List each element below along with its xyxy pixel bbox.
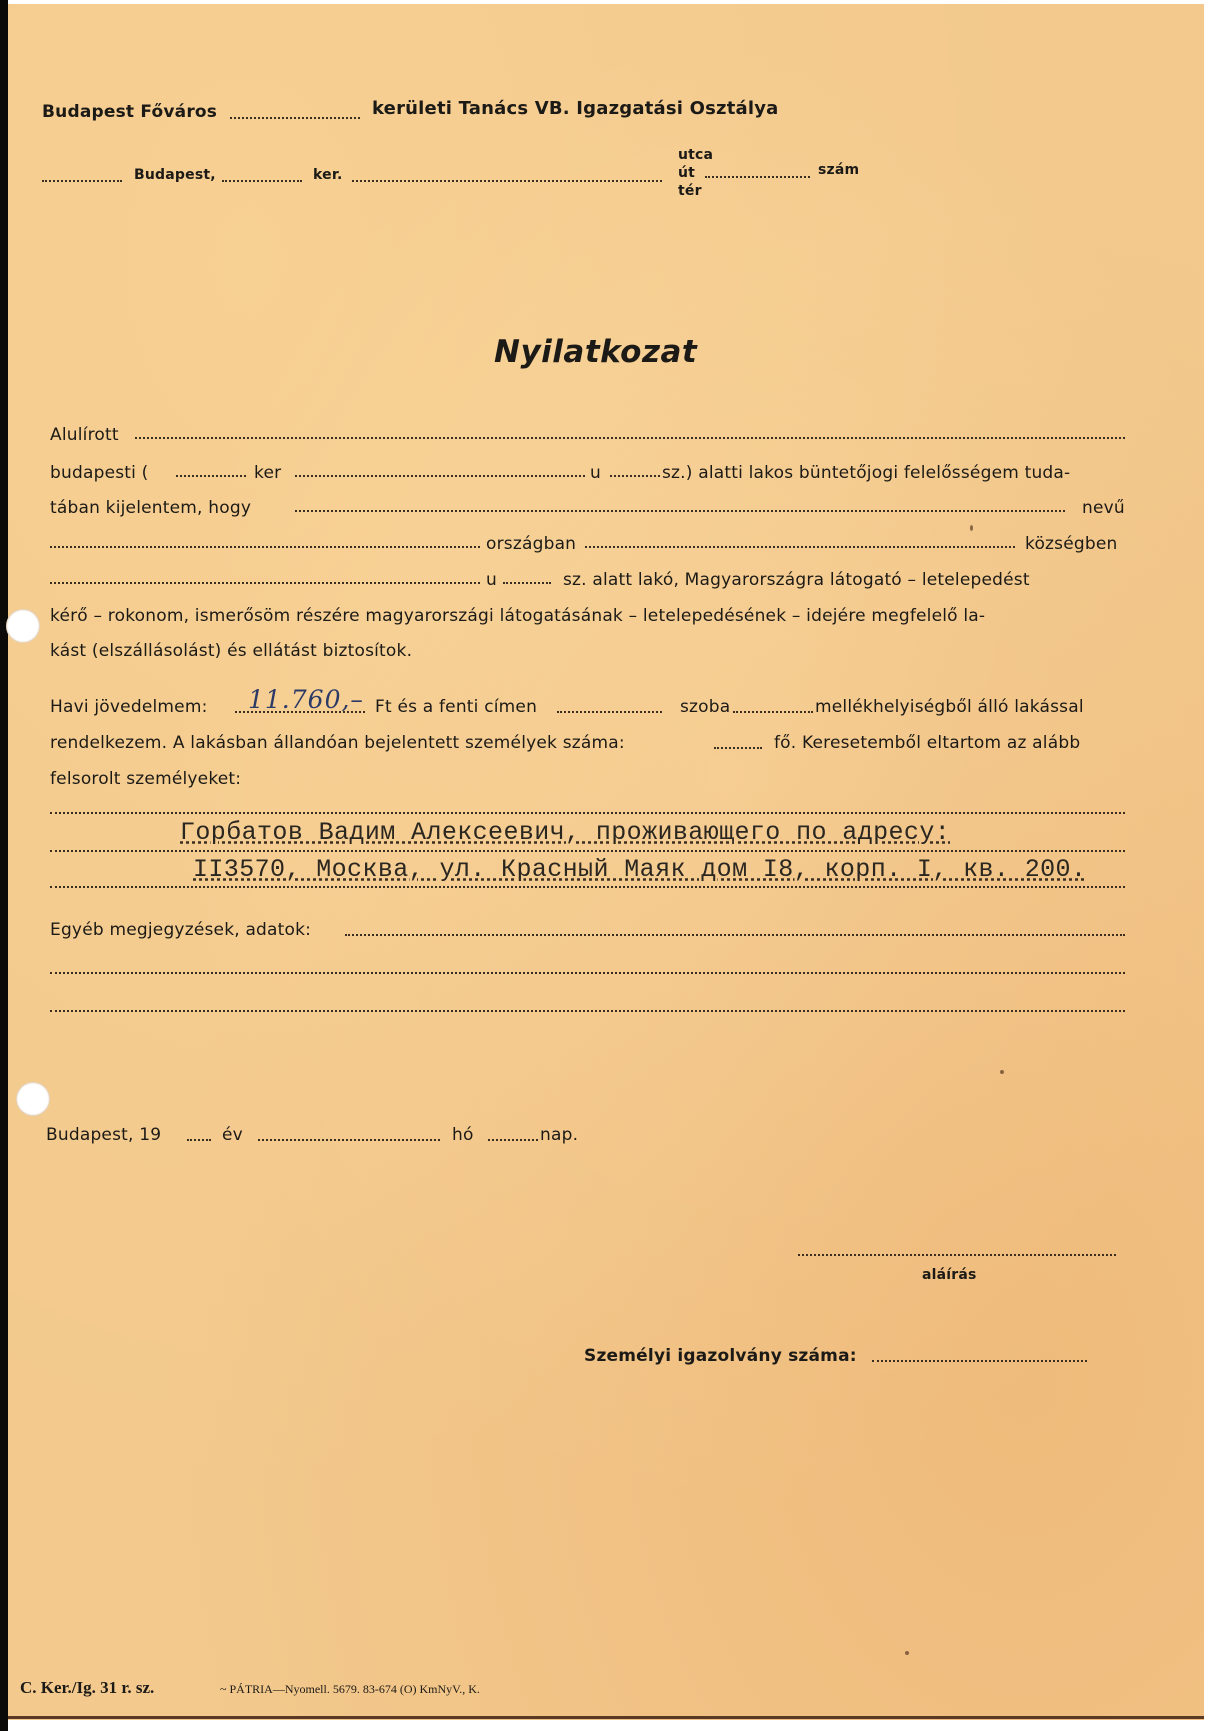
- alatt-lako-text: sz. alatt lakó, Magyarországra látogató …: [563, 570, 1030, 590]
- header-city: Budapest Főváros: [42, 102, 217, 122]
- signature-label: aláírás: [922, 1267, 977, 1283]
- income-label: Havi jövedelmem:: [50, 697, 208, 717]
- country-field[interactable]: [50, 546, 480, 548]
- dependents-line-1[interactable]: [50, 812, 1125, 814]
- dependents-line-2[interactable]: [50, 850, 1125, 852]
- foreign-street-field[interactable]: [50, 582, 480, 584]
- month-field[interactable]: [258, 1139, 440, 1141]
- year-field[interactable]: [187, 1139, 211, 1141]
- village-field[interactable]: [585, 546, 1015, 548]
- remarks-line-2[interactable]: [50, 972, 1125, 974]
- header-szam-label: szám: [818, 162, 859, 178]
- dependent-typed-line-2: II3570, Москва, ул. Красный Маяк дом I8,…: [193, 855, 1086, 884]
- printer-imprint: ~ PÁTRIA—Nyomell. 5679. 83-674 (O) KmNyV…: [220, 1682, 480, 1697]
- paper-speck: [905, 1651, 909, 1655]
- reference-field[interactable]: [42, 180, 122, 182]
- felsorolt-text: felsorolt személyeket:: [50, 769, 241, 789]
- dependents-line-3[interactable]: [50, 886, 1125, 888]
- header-office: kerületi Tanács VB. Igazgatási Osztálya: [372, 98, 779, 119]
- paper-speck: [970, 525, 973, 531]
- street-type-options: utca út tér: [678, 146, 713, 200]
- kozsegben-label: községben: [1025, 534, 1118, 554]
- punch-hole-lower: [16, 1082, 50, 1116]
- day-field[interactable]: [488, 1139, 538, 1141]
- rendelkezem-text: rendelkezem. A lakásban állandóan bejele…: [50, 733, 625, 753]
- nevu-label: nevű: [1082, 498, 1125, 518]
- auxiliary-rooms-field[interactable]: [733, 711, 813, 713]
- foreign-number-field[interactable]: [503, 582, 551, 584]
- budapesti-label: budapesti (: [50, 463, 149, 483]
- alulirott-label: Alulírott: [50, 425, 119, 445]
- ev-label: év: [222, 1125, 243, 1145]
- ft-text: Ft és a fenti címen: [375, 697, 537, 717]
- district-field[interactable]: [230, 117, 360, 119]
- relative-name-field[interactable]: [295, 510, 1065, 512]
- date-field[interactable]: [222, 180, 302, 182]
- kero-text: kérő – rokonom, ismerősöm részére magyar…: [50, 606, 985, 626]
- fo-text: fő. Keresetemből eltartom az alább: [774, 733, 1080, 753]
- paper-bottom-edge: [8, 1716, 1204, 1719]
- scan-left-edge: [0, 0, 8, 1731]
- u-label: u: [590, 463, 601, 483]
- header-ker-label: ker.: [313, 167, 342, 183]
- lakos-text: sz.) alatti lakos büntetőjogi felelősség…: [662, 463, 1070, 483]
- orszagban-label: országban: [486, 534, 576, 554]
- u2-label: u: [486, 570, 497, 590]
- street-type-ut: út: [678, 164, 713, 182]
- income-handwritten: 11.760,–: [248, 685, 364, 714]
- remarks-line-3[interactable]: [50, 1010, 1125, 1012]
- ho-label: hó: [452, 1125, 474, 1145]
- id-number-field[interactable]: [872, 1360, 1087, 1362]
- remarks-label: Egyéb megjegyzések, adatok:: [50, 920, 311, 940]
- mellekhelyiseg-text: mellékhelyiségből álló lakással: [815, 697, 1084, 717]
- house-number-field[interactable]: [705, 176, 810, 178]
- taban-text: tában kijelentem, hogy: [50, 498, 251, 518]
- header-city-2: Budapest,: [134, 167, 216, 183]
- street-field[interactable]: [295, 475, 585, 477]
- rooms-field[interactable]: [557, 711, 662, 713]
- district-number-field[interactable]: [176, 475, 246, 477]
- date-city-year: Budapest, 19: [46, 1125, 161, 1145]
- street-type-utca: utca: [678, 146, 713, 164]
- document-title: Nyilatkozat: [494, 334, 697, 370]
- form-code: C. Ker./Ig. 31 r. sz.: [20, 1678, 154, 1698]
- paper-speck: [1000, 1070, 1004, 1074]
- signature-field[interactable]: [798, 1254, 1116, 1256]
- street-number-field[interactable]: [610, 475, 660, 477]
- ker-label: ker: [254, 463, 281, 483]
- punch-hole-upper: [6, 609, 40, 643]
- persons-count-field[interactable]: [714, 747, 762, 749]
- nap-label: nap.: [540, 1125, 578, 1145]
- id-number-label: Személyi igazolvány száma:: [584, 1346, 857, 1366]
- kast-text: kást (elszállásolást) és ellátást biztos…: [50, 641, 412, 661]
- remarks-line-1[interactable]: [345, 934, 1125, 936]
- name-field[interactable]: [135, 437, 1125, 439]
- dependent-typed-line-1: Горбатов Вадим Алексеевич, проживающего …: [180, 818, 950, 847]
- street-type-ter: tér: [678, 182, 713, 200]
- szoba-label: szoba: [680, 697, 730, 717]
- address-field[interactable]: [352, 180, 662, 182]
